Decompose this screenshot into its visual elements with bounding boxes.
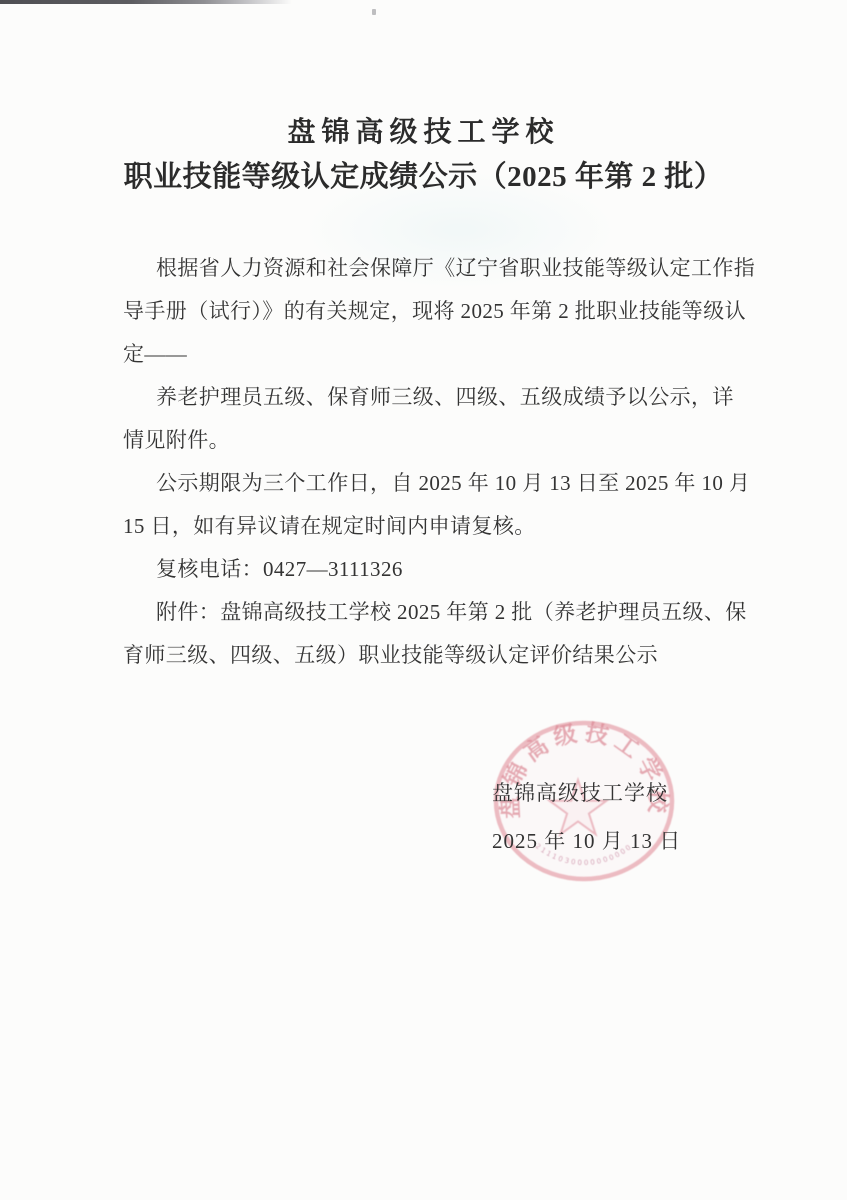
body-line: 情见附件。 [123,419,735,462]
signature-date: 2025 年 10 月 13 日 [492,817,681,865]
body-line: 育师三级、四级、五级）职业技能等级认定评价结果公示 [123,634,735,677]
signature-block: 盘锦高级技工学校 2025 年 10 月 13 日 [492,769,681,865]
document-title: 盘锦高级技工学校 [0,110,847,150]
scan-artifact-strip [0,0,292,4]
body-line: 复核电话：0427—3111326 [123,548,735,591]
document-body: 根据省人力资源和社会保障厅《辽宁省职业技能等级认定工作指导手册（试行）》的有关规… [123,247,735,677]
document-subtitle: 职业技能等级认定成绩公示（2025 年第 2 批） [0,154,847,195]
body-line: 定—— [123,333,735,376]
body-line: 15 日，如有异议请在规定时间内申请复核。 [123,505,735,548]
scan-artifact-speck [372,9,376,15]
body-line: 附件：盘锦高级技工学校 2025 年第 2 批（养老护理员五级、保 [123,591,735,634]
body-line: 根据省人力资源和社会保障厅《辽宁省职业技能等级认定工作指 [123,247,735,290]
body-line: 公示期限为三个工作日，自 2025 年 10 月 13 日至 2025 年 10… [123,462,735,505]
body-line: 导手册（试行）》的有关规定，现将 2025 年第 2 批职业技能等级认 [123,290,735,333]
signature-org: 盘锦高级技工学校 [492,769,681,817]
document-page: 盘锦高级技工学校 职业技能等级认定成绩公示（2025 年第 2 批） 根据省人力… [0,0,847,1200]
body-line: 养老护理员五级、保育师三级、四级、五级成绩予以公示，详 [123,376,735,419]
